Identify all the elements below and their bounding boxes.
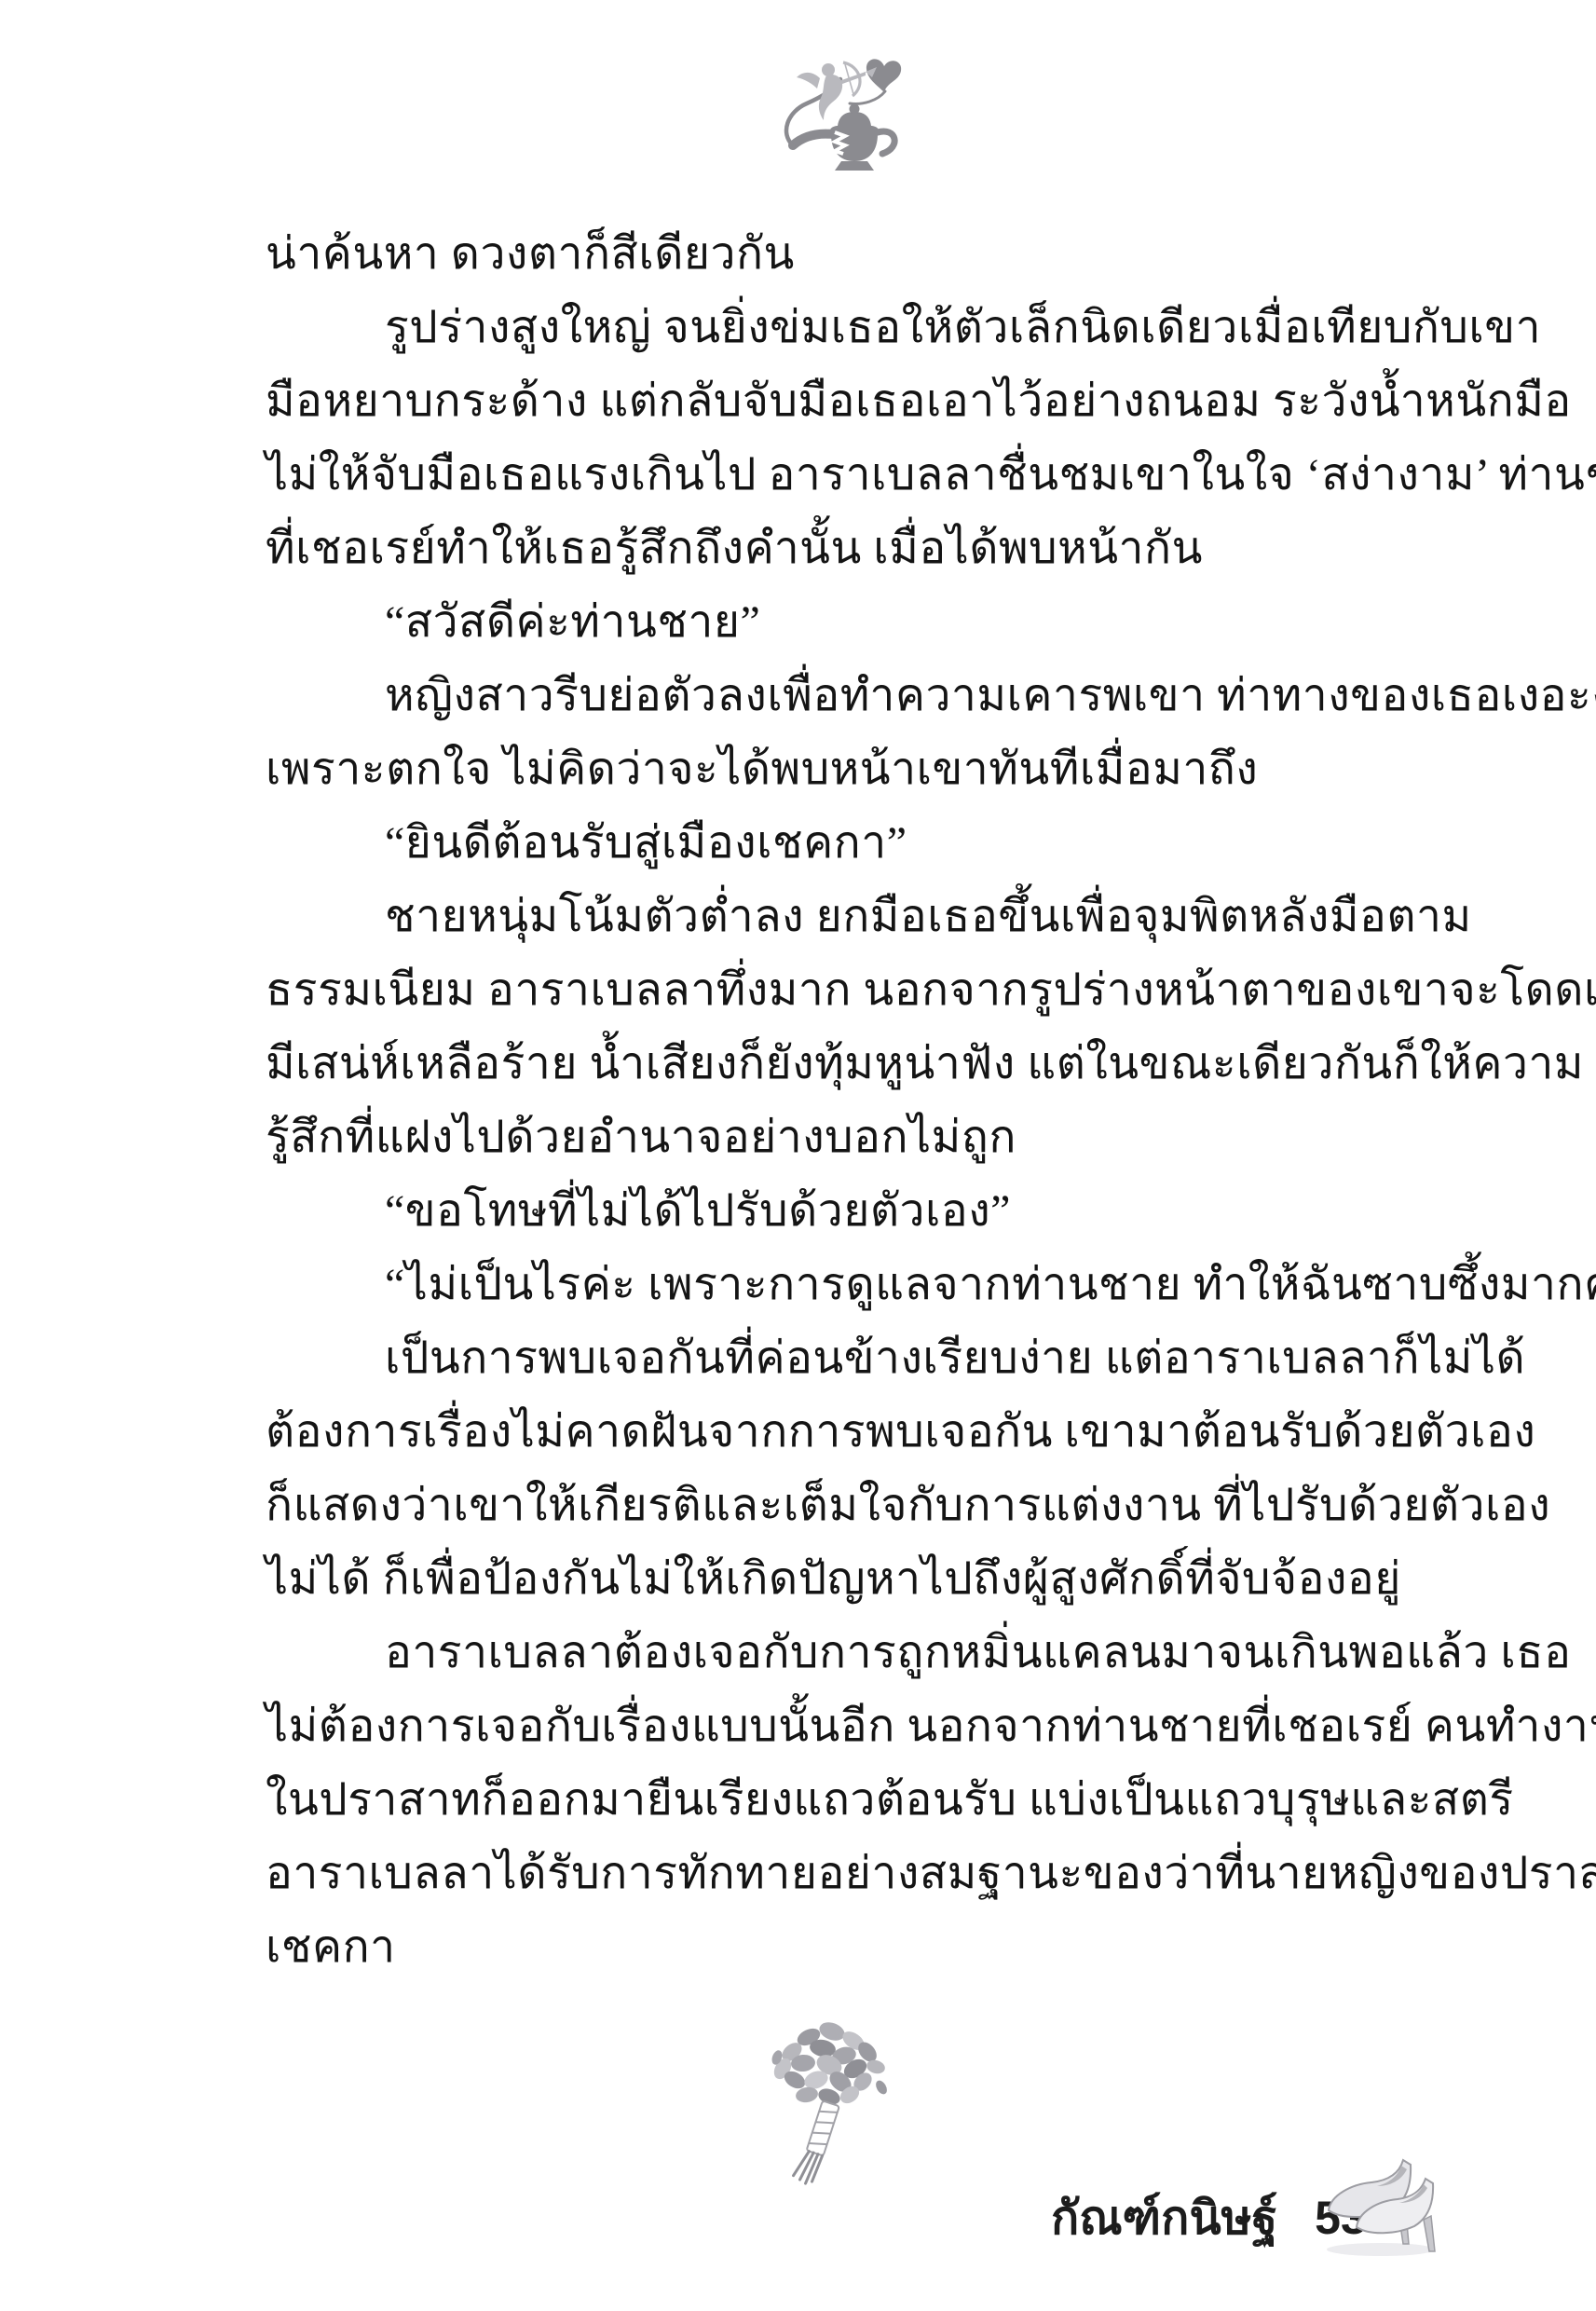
text-line: มีเสน่ห์เหลือร้าย น้ำเสียงก็ยังทุ้มหูน่า… [266,1027,1430,1101]
footer-author: กัณฑ์กนิษฐ์ [1051,2192,1277,2244]
text-line: อาราเบลลาต้องเจอกับการถูกหมิ่นแคลนมาจนเก… [266,1616,1430,1689]
text-line: รูปร่างสูงใหญ่ จนยิ่งข่มเธอให้ตัวเล็กนิด… [266,291,1430,364]
cupid-genie-lamp-icon [775,47,917,185]
text-line: ต้องการเรื่องไม่คาดฝันจากการพบเจอกัน เขา… [266,1395,1430,1469]
text-line: รู้สึกที่แฝงไปด้วยอำนาจอย่างบอกไม่ถูก [266,1101,1430,1174]
text-line: ไม่ให้จับมือเธอแรงเกินไป อาราเบลลาชื่นชม… [266,438,1430,512]
dialog-line: “ยินดีต้อนรับสู่เมืองเชคกา” [266,806,1430,880]
text-line: มือหยาบกระด้าง แต่กลับจับมือเธอเอาไว้อย่… [266,364,1430,438]
dialog-line: “สวัสดีค่ะท่านชาย” [266,585,1430,659]
flower-bouquet-icon [743,2003,916,2195]
text-line: เพราะตกใจ ไม่คิดว่าจะได้พบหน้าเขาทันทีเม… [266,732,1430,806]
dialog-line: “ขอโทษที่ไม่ได้ไปรับด้วยตัวเอง” [266,1174,1430,1248]
dialog-line: “ไม่เป็นไรค่ะ เพราะการดูแลจากท่านชาย ทำใ… [266,1248,1430,1321]
text-line: เป็นการพบเจอกันที่ค่อนข้างเรียบง่าย แต่อ… [266,1321,1430,1395]
body-text: น่าค้นหา ดวงตาก็สีเดียวกัน รูปร่างสูงใหญ… [266,217,1430,1984]
text-line: ไม่ต้องการเจอกับเรื่องแบบนั้นอีก นอกจากท… [266,1689,1430,1763]
text-line: ชายหนุ่มโน้มตัวต่ำลง ยกมือเธอขึ้นเพื่อจุ… [266,880,1430,953]
text-line: หญิงสาวรีบย่อตัวลงเพื่อทำความเคารพเขา ท่… [266,659,1430,732]
text-line: ก็แสดงว่าเขาให้เกียรติและเต็มใจกับการแต่… [266,1469,1430,1542]
text-line: ในปราสาทก็ออกมายืนเรียงแถวต้อนรับ แบ่งเป… [266,1763,1430,1837]
book-page: น่าค้นหา ดวงตาก็สีเดียวกัน รูปร่างสูงใหญ… [0,0,1596,2311]
text-line: เชคกา [266,1910,1430,1984]
text-line: ธรรมเนียม อาราเบลลาทึ่งมาก นอกจากรูปร่าง… [266,953,1430,1027]
text-line: น่าค้นหา ดวงตาก็สีเดียวกัน [266,217,1430,291]
high-heel-shoes-icon [1316,2141,1448,2261]
text-line: ไม่ได้ ก็เพื่อป้องกันไม่ให้เกิดปัญหาไปถึ… [266,1542,1430,1616]
text-line: อาราเบลลาได้รับการทักทายอย่างสมฐานะของว่… [266,1837,1430,1910]
text-line: ที่เชอเรย์ทำให้เธอรู้สึกถึงคำนั้น เมื่อไ… [266,512,1430,585]
